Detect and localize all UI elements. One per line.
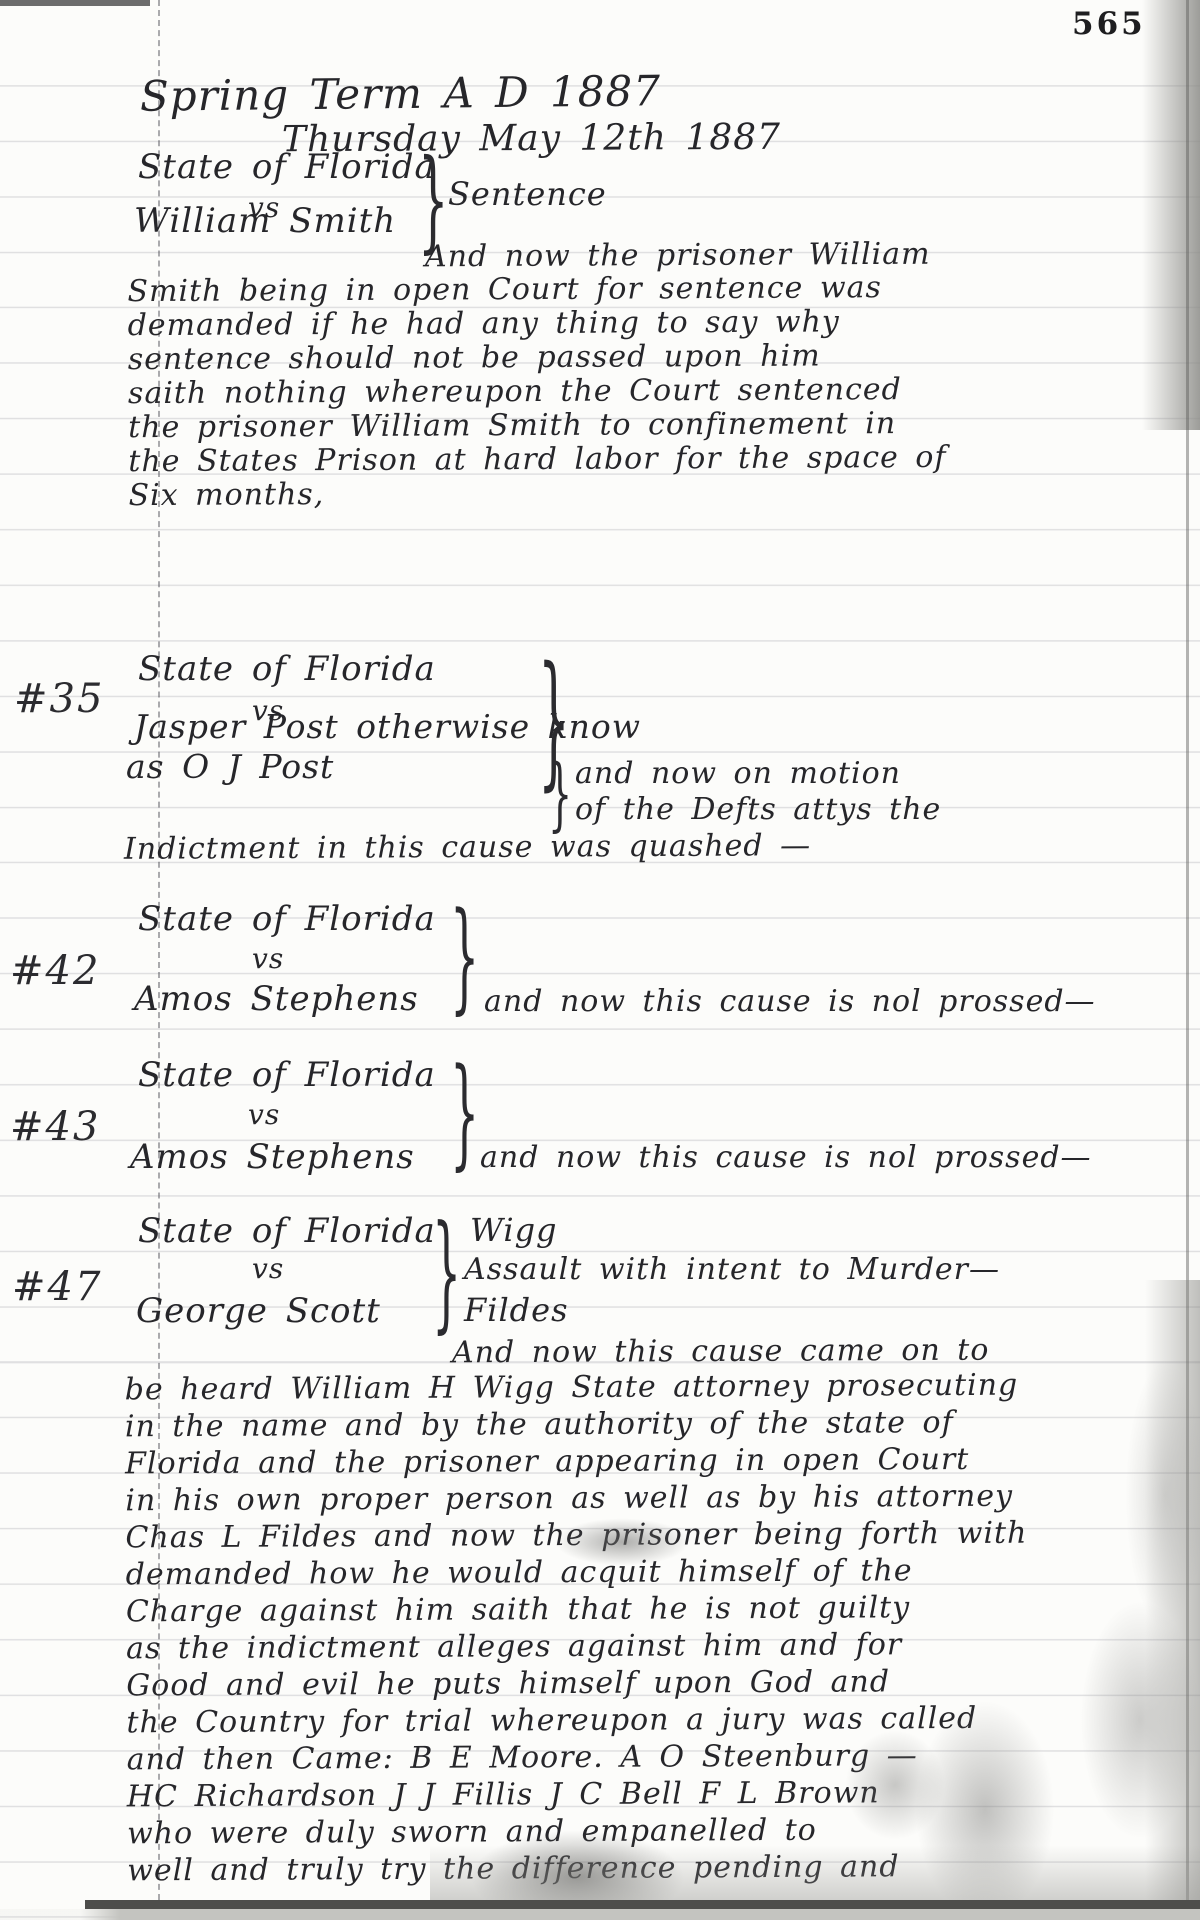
order-line-2: of the Defts attys the [575, 794, 941, 826]
body-line: demanded if he had any thing to say why [128, 306, 946, 344]
margin-case-number: #47 [12, 1264, 102, 1310]
defense-attorney-label: Fildes [464, 1294, 569, 1328]
scan-bottom-under-edge [0, 1909, 1200, 1920]
caption-brace: } [450, 896, 479, 1016]
disposition-line: and now this cause is nol prossed— [484, 986, 1096, 1018]
scan-bottom-edge [85, 1900, 1200, 1909]
scan-corner-shadow [1142, 0, 1200, 430]
versus-label: vs [252, 1254, 284, 1283]
ledger-page: 565 Spring Term A D 1887 Thursday May 12… [0, 0, 1200, 1920]
body-line: HC Richardson J J Fillis J C Bell F L Br… [127, 1777, 1029, 1819]
prosecutor-name-label: Wigg [470, 1214, 558, 1248]
disposition-line: and now this cause is nol prossed— [480, 1142, 1092, 1174]
defendant-name-line2: as O J Post [126, 750, 334, 785]
margin-case-number: #43 [10, 1104, 100, 1150]
case-type-label: Sentence [448, 178, 607, 212]
plaintiff-name: State of Florida [138, 902, 436, 938]
entry-opening-line: And now this cause came on to [452, 1335, 990, 1369]
defendant-name: William Smith [134, 204, 396, 240]
term-heading: Spring Term A D 1887 [140, 69, 661, 119]
margin-case-number: #42 [10, 948, 100, 994]
versus-label: vs [252, 944, 284, 973]
charge-label: Assault with intent to Murder— [464, 1254, 1000, 1286]
entry-body: be heard William H Wigg State attorney p… [125, 1370, 1030, 1893]
defendant-name: George Scott [136, 1294, 381, 1330]
scan-edge-artifact-top [0, 0, 150, 6]
scan-right-shadow [1145, 1280, 1200, 1920]
entry-opening-line: And now the prisoner William [425, 239, 931, 273]
caption-brace: } [432, 1208, 461, 1335]
disposition-line: Indictment in this cause was quashed — [124, 830, 811, 865]
body-line: and then Came: B E Moore. A O Steenburg … [127, 1740, 1029, 1782]
plaintiff-name: State of Florida [138, 1058, 436, 1094]
entry-body: Smith being in open Court for sentence w… [127, 272, 946, 514]
plaintiff-name: State of Florida [138, 652, 436, 688]
order-line-1: and now on motion [575, 758, 901, 790]
body-line: as the indictment alleges against him an… [126, 1629, 1028, 1671]
defendant-name: Amos Stephens [130, 1140, 415, 1176]
body-line: the States Prison at hard labor for the … [128, 442, 946, 480]
plaintiff-name: State of Florida [138, 150, 436, 186]
side-brace: } [548, 754, 572, 834]
plaintiff-name: State of Florida [138, 1214, 436, 1250]
defendant-name: Amos Stephens [134, 982, 419, 1018]
caption-brace: } [450, 1052, 479, 1172]
page-number: 565 [1072, 6, 1146, 42]
margin-case-number: #35 [14, 676, 104, 722]
body-line: Six months, [128, 476, 946, 514]
versus-label: vs [248, 1100, 280, 1129]
